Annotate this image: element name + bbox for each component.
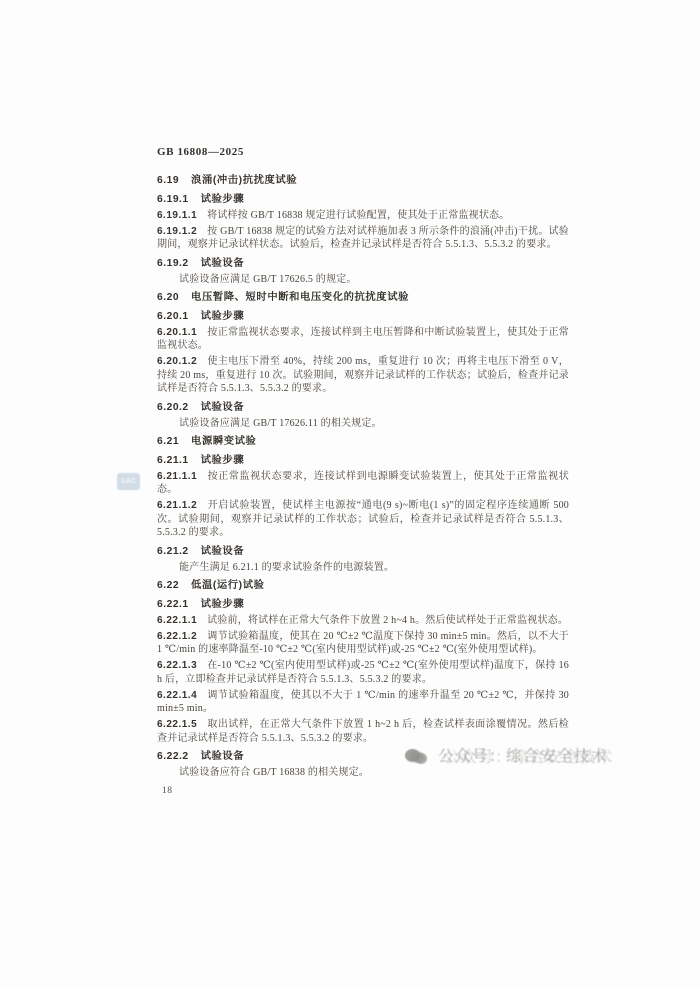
clause-number: 6.22.1.3 [157, 660, 197, 671]
paragraph-text: 在-10 ℃±2 ℃(室内使用型试样)或-25 ℃±2 ℃(室外使用型试样)温度… [157, 660, 569, 685]
clause-paragraph-6.22.1.1: 6.22.1.1试验前，将试样在正常大气条件下放置 2 h~4 h。然后使试样处… [157, 614, 569, 628]
clause-heading-6.21.1: 6.21.1试验步骤 [157, 454, 569, 468]
clause-number: 6.19.2 [157, 258, 189, 269]
clause-title: 试验设备 [201, 751, 245, 762]
clause-paragraph-6.22.1.3: 6.22.1.3在-10 ℃±2 ℃(室内使用型试样)或-25 ℃±2 ℃(室外… [157, 659, 569, 686]
clause-title: 浪涌(冲击)抗扰度试验 [191, 175, 297, 186]
clause-title: 试验设备 [201, 402, 245, 413]
paragraph-text: 将试样按 GB/T 16838 规定进行试验配置，使其处于正常监视状态。 [207, 210, 509, 221]
page-number: 18 [157, 786, 569, 796]
paragraph-text: 试验设备应满足 GB/T 17626.11 的相关规定。 [179, 418, 382, 429]
paragraph-text: 取出试样，在正常大气条件下放置 1 h~2 h 后，检查试样表面涂覆情况。然后检… [157, 719, 569, 744]
clause-number: 6.22 [157, 580, 179, 591]
clause-heading-6.20.2: 6.20.2试验设备 [157, 401, 569, 415]
clause-paragraph-6.22.1.5: 6.22.1.5取出试样，在正常大气条件下放置 1 h~2 h 后，检查试样表面… [157, 718, 569, 745]
clause-heading-6.20: 6.20电压暂降、短时中断和电压变化的抗扰度试验 [157, 291, 569, 305]
clause-title: 试验设备 [201, 546, 245, 557]
clause-heading-6.19: 6.19浪涌(冲击)抗扰度试验 [157, 174, 569, 188]
body-paragraph: 试验设备应满足 GB/T 17626.11 的相关规定。 [157, 417, 569, 431]
clause-heading-6.22.1: 6.22.1试验步骤 [157, 598, 569, 612]
document-body: 6.19浪涌(冲击)抗扰度试验6.19.1试验步骤6.19.1.1将试样按 GB… [157, 174, 569, 780]
clause-number: 6.21 [157, 436, 179, 447]
clause-title: 低温(运行)试验 [191, 580, 264, 591]
clause-number: 6.20.1.1 [157, 327, 197, 338]
clause-heading-6.19.2: 6.19.2试验设备 [157, 257, 569, 271]
document-page: GB 16808—2025 6.19浪涌(冲击)抗扰度试验6.19.1试验步骤6… [157, 146, 569, 796]
clause-heading-6.19.1: 6.19.1试验步骤 [157, 193, 569, 207]
clause-heading-6.20.1: 6.20.1试验步骤 [157, 310, 569, 324]
clause-paragraph-6.22.1.2: 6.22.1.2调节试验箱温度，使其在 20 ℃±2 ℃温度下保持 30 min… [157, 630, 569, 657]
clause-number: 6.21.1 [157, 455, 189, 466]
clause-paragraph-6.20.1.1: 6.20.1.1按正常监视状态要求，连接试样到主电压暂降和中断试验装置上，使其处… [157, 326, 569, 353]
clause-number: 6.20 [157, 292, 179, 303]
paragraph-text: 调节试验箱温度，使其在 20 ℃±2 ℃温度下保持 30 min±5 min。然… [157, 631, 569, 656]
paragraph-text: 按正常监视状态要求，连接试样到电源瞬变试验装置上，使其处于正常监视状态。 [157, 471, 569, 496]
clause-number: 6.22.1 [157, 599, 189, 610]
sac-stamp-artifact: SAC [117, 473, 140, 490]
clause-number: 6.19.1.2 [157, 226, 197, 237]
clause-title: 试验步骤 [201, 599, 245, 610]
clause-heading-6.21.2: 6.21.2试验设备 [157, 545, 569, 559]
clause-number: 6.22.1.4 [157, 690, 197, 701]
body-paragraph: 能产生满足 6.21.1 的要求试验条件的电源装置。 [157, 561, 569, 575]
sac-stamp-label: SAC [121, 478, 137, 485]
clause-number: 6.21.1.1 [157, 471, 197, 482]
clause-number: 6.19.1.1 [157, 210, 197, 221]
clause-number: 6.20.1.2 [157, 356, 197, 367]
paragraph-text: 按正常监视状态要求，连接试样到主电压暂降和中断试验装置上，使其处于正常监视状态。 [157, 327, 569, 352]
paragraph-text: 开启试验装置，使试样主电源按“通电(9 s)~断电(1 s)”的固定程序连续通断… [157, 500, 569, 538]
paragraph-text: 试验设备应满足 GB/T 17626.5 的规定。 [179, 274, 357, 285]
paragraph-text: 能产生满足 6.21.1 的要求试验条件的电源装置。 [179, 562, 394, 573]
clause-number: 6.22.1.1 [157, 615, 197, 626]
clause-number: 6.21.2 [157, 546, 189, 557]
clause-paragraph-6.19.1.2: 6.19.1.2按 GB/T 16838 规定的试验方法对试样施加表 3 所示条… [157, 225, 569, 252]
clause-number: 6.20.2 [157, 402, 189, 413]
paragraph-text: 调节试验箱温度，使其以不大于 1 ℃/min 的速率升温至 20 ℃±2 ℃，并… [157, 690, 569, 715]
clause-number: 6.22.1.2 [157, 631, 197, 642]
watermark-text-wrap: 公众号：综合安全技术 公众号：综合安全技术 [438, 746, 618, 768]
clause-paragraph-6.19.1.1: 6.19.1.1将试样按 GB/T 16838 规定进行试验配置，使其处于正常监… [157, 209, 569, 223]
clause-heading-6.21: 6.21电源瞬变试验 [157, 435, 569, 449]
clause-number: 6.19 [157, 175, 179, 186]
clause-number: 6.20.1 [157, 311, 189, 322]
paragraph-text: 按 GB/T 16838 规定的试验方法对试样施加表 3 所示条件的浪涌(冲击)… [157, 226, 569, 251]
body-paragraph: 试验设备应满足 GB/T 17626.5 的规定。 [157, 273, 569, 287]
clause-paragraph-6.20.1.2: 6.20.1.2使主电压下滑至 40%，持续 200 ms，重复进行 10 次；… [157, 355, 569, 396]
clause-title: 试验步骤 [201, 311, 245, 322]
clause-paragraph-6.21.1.2: 6.21.1.2开启试验装置，使试样主电源按“通电(9 s)~断电(1 s)”的… [157, 499, 569, 540]
clause-number: 6.19.1 [157, 194, 189, 205]
clause-paragraph-6.22.1.4: 6.22.1.4调节试验箱温度，使其以不大于 1 ℃/min 的速率升温至 20… [157, 689, 569, 716]
page-background: { "document": { "header": "GB 16808—2025… [0, 0, 700, 990]
clause-title: 电源瞬变试验 [191, 436, 256, 447]
clause-number: 6.22.1.5 [157, 719, 197, 730]
clause-title: 试验设备 [201, 258, 245, 269]
wechat-circles-icon [402, 746, 434, 768]
clause-title: 试验步骤 [201, 455, 245, 466]
watermark-text: 公众号：综合安全技术 [438, 746, 608, 768]
standard-number-header: GB 16808—2025 [157, 146, 569, 158]
clause-title: 电压暂降、短时中断和电压变化的抗扰度试验 [191, 292, 409, 303]
clause-heading-6.22: 6.22低温(运行)试验 [157, 579, 569, 593]
clause-paragraph-6.21.1.1: 6.21.1.1按正常监视状态要求，连接试样到电源瞬变试验装置上，使其处于正常监… [157, 470, 569, 497]
clause-number: 6.22.2 [157, 751, 189, 762]
paragraph-text: 试验前，将试样在正常大气条件下放置 2 h~4 h。然后使试样处于正常监视状态。 [207, 615, 568, 626]
clause-number: 6.21.1.2 [157, 500, 197, 511]
paragraph-text: 使主电压下滑至 40%，持续 200 ms，重复进行 10 次；再将主电压下滑至… [157, 356, 569, 394]
watermark: 公众号：综合安全技术 公众号：综合安全技术 [402, 744, 618, 770]
paragraph-text: 试验设备应符合 GB/T 16838 的相关规定。 [179, 767, 369, 778]
clause-title: 试验步骤 [201, 194, 245, 205]
